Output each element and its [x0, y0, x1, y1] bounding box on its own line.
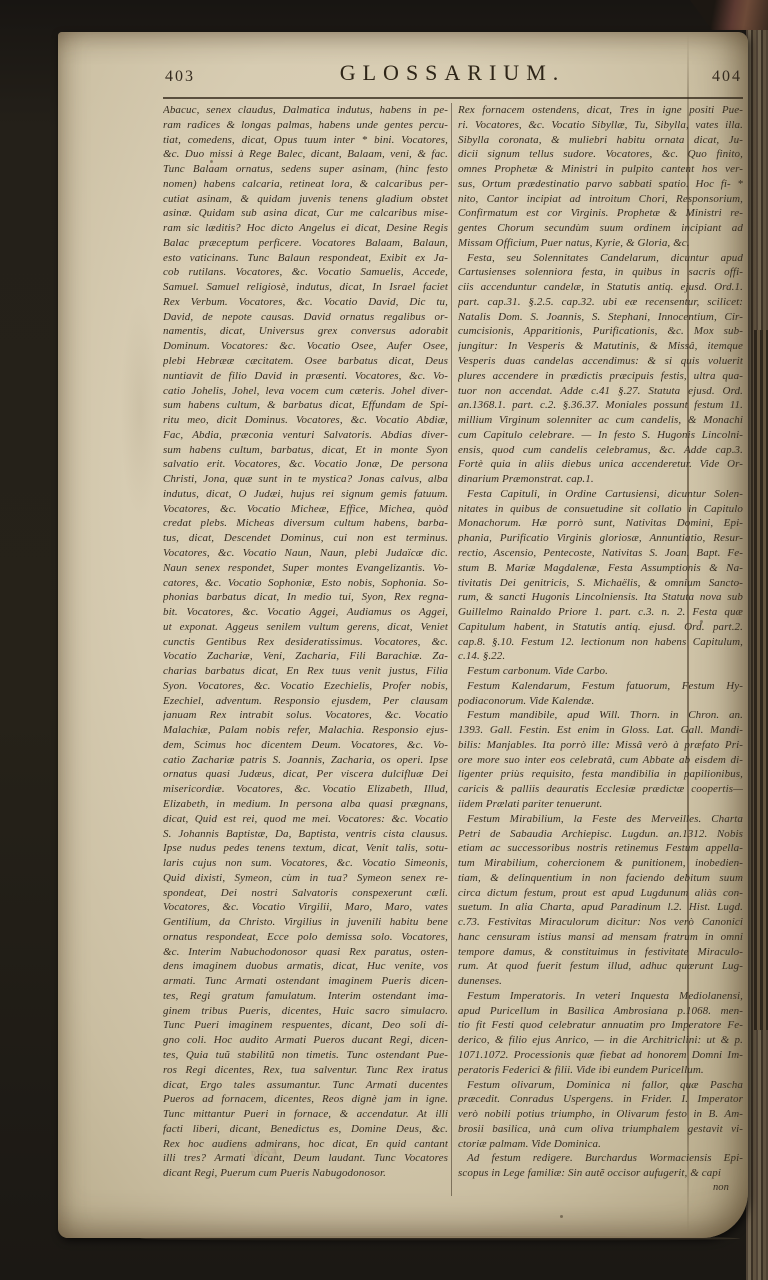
text-line: cum Capitulo celebrare. — In festo S. Hu… — [458, 428, 743, 443]
text-line: Quid dixisti, Symeon, cùm in tua? Symeon… — [163, 871, 448, 886]
running-title: GLOSSARIUM. — [163, 60, 742, 86]
text-line: tio fit Festi quod celebratur annuatim p… — [458, 1018, 743, 1033]
text-line: Cartusienses solenniora festa, in quibus… — [458, 265, 743, 280]
text-line: cob rutilans. Vocatores, &c. Vocatio Sam… — [163, 265, 448, 280]
text-line: scopus in Lege familiæ: Sin autẽ occisor… — [458, 1166, 743, 1181]
text-line: indutus, dicat, O Judæi, hujus rei signu… — [163, 487, 448, 502]
text-line: Sibylla coronata, & muliebri habitu orna… — [458, 133, 743, 148]
text-line: an.1368.1. part. c.2. §.36.37. Moniales … — [458, 398, 743, 413]
text-line: Vocatores, &c. Vocatio Micheæ, Effice, M… — [163, 502, 448, 517]
text-line: cap.8. §.10. Festum 12. lectionum non ha… — [458, 635, 743, 650]
paper-fleck — [560, 1215, 563, 1218]
text-line: tes, Regi gratum famulatum. Interim oste… — [163, 989, 448, 1004]
glossary-paragraph: Festa, seu Solennitates Candelarum, dicu… — [458, 251, 743, 487]
text-line: tivitatis Dei genitricis, S. Michaëlis, … — [458, 576, 743, 591]
text-line: cumcisionis, Apparitionis, Purificationi… — [458, 324, 743, 339]
text-line: Festum carbonum. Vide Carbo. — [458, 664, 743, 679]
text-line: ros Regi dicentes, Rex, tua salventur. T… — [163, 1063, 448, 1078]
text-line: armati. Tunc Armati ostendant imaginem P… — [163, 974, 448, 989]
text-line: bit. Vocatores, &c. Vocatio Aggei, Audia… — [163, 605, 448, 620]
text-line: Capitulum habent, in Statutis antiq. eju… — [458, 620, 743, 635]
page-number-right: 404 — [712, 68, 742, 86]
text-line: asinæ. Quidam sub asina dicat, Cur me ca… — [163, 206, 448, 221]
text-line: tiam, & delinquentium in non faciendo de… — [458, 871, 743, 886]
text-line: Christi, Jona, quæ sunt in te mystica? J… — [163, 472, 448, 487]
text-line: januam Rex intrabit solus. Vocatores, &c… — [163, 708, 448, 723]
text-line: tus, dicat, Descendet Dominus, cui non e… — [163, 531, 448, 546]
glossary-paragraph: Rex fornacem ostendens, dicat, Tres in i… — [458, 103, 743, 251]
page-bottom-edge — [140, 1236, 740, 1241]
text-line: millium Virginum solenniter ac cum cande… — [458, 413, 743, 428]
text-line: omnes Prophetæ & Ministri in pulpito can… — [458, 162, 743, 177]
text-line: part. cap.31. §.2.5. cap.32. ubi eæ rece… — [458, 295, 743, 310]
text-line: sum habens cultum, & barbatus dicat, Eff… — [163, 398, 448, 413]
text-line: plures accendere in prædictis præcipuis … — [458, 369, 743, 384]
text-line: Vesperis duas candelas accendimus: & si … — [458, 354, 743, 369]
text-line: Malachiæ, Palam nobis refer, Malachia. R… — [163, 723, 448, 738]
text-line: illi tres? Armati dicant, Deum laudant. … — [163, 1151, 448, 1166]
text-line: brosii basilica, unà cum oliva triumphal… — [458, 1122, 743, 1137]
text-line: ginem tribus Pueris, dicentes, Huic sacr… — [163, 1004, 448, 1019]
glossary-paragraph: Festum Kalendarum, Festum fatuorum, Fest… — [458, 679, 743, 709]
text-line: S. Johannis Baptistæ, Da, Baptista, vent… — [163, 827, 448, 842]
text-line: Petri de Sabaudia Archiepisc. Lugdun. an… — [458, 827, 743, 842]
text-line: dens imaginem duobus armatis, dicat, Huc… — [163, 959, 448, 974]
text-line: Fac, Abdia, præconia venturi Salvatoris.… — [163, 428, 448, 443]
text-line: David, de nepote causas. David ornatus r… — [163, 310, 448, 325]
text-line: gentes Chorum secundùm suum ordinem inci… — [458, 221, 743, 236]
text-line: Guillelmo Rainaldo Priore 1. part. c.3. … — [458, 605, 743, 620]
text-line: Ezechiel, adventum. Responsio ejusdem, P… — [163, 694, 448, 709]
text-line: Tunc Balaam ornatus, sedens super asinam… — [163, 162, 448, 177]
text-line: misericordiæ. Vocatores, &c. Vocatio Eli… — [163, 782, 448, 797]
text-line: dicii signum tellus sudore. Vocatores, &… — [458, 147, 743, 162]
text-line: gno coli. Hoc audito Armati Pueros ducan… — [163, 1033, 448, 1048]
text-line: Festum Imperatoris. In veteri Inquesta M… — [458, 989, 743, 1004]
text-column-left: Abacuc, senex claudus, Dalmatica indutus… — [163, 103, 448, 1196]
text-line: phania, Purificatio Virginis gloriosæ, A… — [458, 531, 743, 546]
text-line: Missam Officium, Puer natus, Kyrie, & Gl… — [458, 236, 743, 251]
text-line: Festa, seu Solennitates Candelarum, dicu… — [458, 251, 743, 266]
text-line: Elizabeth, in medium. In persona alba qu… — [163, 797, 448, 812]
text-line: Naun senex respondet, Super montes Evang… — [163, 561, 448, 576]
text-line: &c. Interim Nabuchodonosor quasi Rex par… — [163, 945, 448, 960]
text-line: Confirmatum est cor Virginis. Prophetæ &… — [458, 206, 743, 221]
text-line: Abacuc, senex claudus, Dalmatica indutus… — [163, 103, 448, 118]
glossary-paragraph: Festum carbonum. Vide Carbo. — [458, 664, 743, 679]
text-line: dicat, Quid est rei, quod me mei. Vocato… — [163, 812, 448, 827]
text-line: tum Mirabilium, cohercionem & punitionem… — [458, 856, 743, 871]
text-line: præcedit. Conradus Uspergens. in Frider.… — [458, 1092, 743, 1107]
text-line: circa dictum festum, prout est apud Lugd… — [458, 886, 743, 901]
text-line: facti liberi, dicant, Benedictus es, Dom… — [163, 1122, 448, 1137]
text-line: sum habens cultum, barbatus, dicat, Et i… — [163, 443, 448, 458]
text-line: Dominum. Vocatores: &c. Vocatio Osee, Au… — [163, 339, 448, 354]
text-line: salvatio erit. Vocatores, &c. Vocatio Jo… — [163, 457, 448, 472]
text-line: verò nobili potius triumpho, in Olivarum… — [458, 1107, 743, 1122]
text-line: Tunc Pueri imaginem respuentes, dicant, … — [163, 1018, 448, 1033]
text-line: rectio, Ascensio, Pentecoste, Nativitas … — [458, 546, 743, 561]
catchword: non — [458, 1181, 743, 1196]
text-line: podiaconorum. Vide Kalendæ. — [458, 694, 743, 709]
text-line: Pueros ad fornacem, dicentes, Reos dignè… — [163, 1092, 448, 1107]
text-line: ram radices & longas palmas, habens unde… — [163, 118, 448, 133]
text-line: peratoris Federici & filii. Vide ibi eun… — [458, 1063, 743, 1078]
text-line: charias barbatus dicat, En Rex tuus veni… — [163, 664, 448, 679]
text-line: dem, Scimus hoc dicentem Deum. Vocatores… — [163, 738, 448, 753]
text-line: Gentilium, da Christo. Virgilius in juve… — [163, 915, 448, 930]
text-line: Fortè quia in aliis diebus unica accende… — [458, 457, 743, 472]
text-line: cutiat asinam, & quidam juvenis tenens g… — [163, 192, 448, 207]
text-line: ut exponat. Aggeus senilem vultum gerens… — [163, 620, 448, 635]
text-line: nuntiavit de filio David in præsenti. Vo… — [163, 369, 448, 384]
book-fore-edge-inner — [754, 330, 768, 1030]
glossary-paragraph: Festum olivarum, Dominica ni fallor, quæ… — [458, 1078, 743, 1152]
text-line: Tunc mittantur Pueri in fornace, & accen… — [163, 1107, 448, 1122]
text-line: tiat, comedens, dicat, Opus tuum inter *… — [163, 133, 448, 148]
glossary-paragraph: Festum mandibile, apud Will. Thorn. in C… — [458, 708, 743, 811]
text-line: catio Johelis, Johel, leva vocem cum cæt… — [163, 384, 448, 399]
glossary-paragraph: Festum Mirabilium, la Feste des Merveill… — [458, 812, 743, 989]
text-line: phonias barbatus dicat, In medio tui, Sy… — [163, 590, 448, 605]
header-rule — [163, 97, 743, 99]
text-line: rum. At quod fuerit festum illud, adhuc … — [458, 959, 743, 974]
text-line: c.14. §.22. — [458, 649, 743, 664]
text-line: ornatus quasi Judæus, dicat, Per viscera… — [163, 767, 448, 782]
text-block: Abacuc, senex claudus, Dalmatica indutus… — [163, 103, 743, 1196]
glossary-paragraph: Festa Capituli, in Ordine Cartusiensi, d… — [458, 487, 743, 664]
text-line: ensis, quod cum candelis celebramus, &c.… — [458, 443, 743, 458]
text-line: laris cujus non sum. Vocatores, &c. Voca… — [163, 856, 448, 871]
text-line: rum, & sancti Hugonis Lincolniensis. Ita… — [458, 590, 743, 605]
text-line: suetum. In alia Charta, apud Paradinum l… — [458, 900, 743, 915]
text-line: ritu meo, dicit Dominus. Vocatores, &c. … — [163, 413, 448, 428]
text-line: catores, &c. Vocatio Sophoniæ, Esto nobi… — [163, 576, 448, 591]
text-line: ligenter priùs requisito, festa mandibil… — [458, 767, 743, 782]
text-line: dicat, Ergo tales assumantur. Tunc Armat… — [163, 1078, 448, 1093]
text-line: Festum Kalendarum, Festum fatuorum, Fest… — [458, 679, 743, 694]
text-line: Monachorum. Hæ porrò sunt, Nativitas Dom… — [458, 516, 743, 531]
text-line: Rex fornacem ostendens, dicat, Tres in i… — [458, 103, 743, 118]
text-line: Ad festum redigere. Burchardus Wormacien… — [458, 1151, 743, 1166]
text-line: ctoriæ palmam. Vide Dominica. — [458, 1137, 743, 1152]
text-line: ornatus respondeat, Ecce polo demissa so… — [163, 930, 448, 945]
text-line: Balac præceptum perficere. Vocatores Bal… — [163, 236, 448, 251]
text-line: cunctis Gentibus Rex desideratissimus. V… — [163, 635, 448, 650]
text-line: catio Zachariæ patris S. Joannis, Zachar… — [163, 753, 448, 768]
text-line: Vocatio Zachariæ, Veni, Zacharia, Fili B… — [163, 649, 448, 664]
page-header: 403 GLOSSARIUM. 404 — [163, 60, 742, 98]
text-line: nitates in quibus de consuetudine sit co… — [458, 502, 743, 517]
text-line: hanc censuram istius mansi ad mensam fra… — [458, 930, 743, 945]
text-line: Natalis Dom. S. Joannis, S. Stephani, In… — [458, 310, 743, 325]
text-line: Ipse nudus pedes tenens textum, dicat, V… — [163, 841, 448, 856]
text-line: derico, & filio ejus Anrico, — in die Ar… — [458, 1033, 743, 1048]
text-line: 1071.1072. Processionis quæ fiebat ad ho… — [458, 1048, 743, 1063]
text-line: plebi Hebrææ cæcitatem. Osee barbatus di… — [163, 354, 448, 369]
text-line: nito, Cantor incipiat ad introitum Chori… — [458, 192, 743, 207]
text-line: sus, Ortum prædestinatio parvo sabbati s… — [458, 177, 743, 192]
text-line: c.73. Festivitas Miraculorum dicitur: No… — [458, 915, 743, 930]
text-line: dunenses. — [458, 974, 743, 989]
bleedthrough-text: Festa — [250, 1148, 277, 1159]
text-line: Festum Mirabilium, la Feste des Merveill… — [458, 812, 743, 827]
glossary-paragraph: Ad festum redigere. Burchardus Wormacien… — [458, 1151, 743, 1181]
text-line: ram sic læditis? Hoc dicto Angelus ei di… — [163, 221, 448, 236]
text-line: Samuel. Samuel religiosè, indutus, dicat… — [163, 280, 448, 295]
text-line: Festa Capituli, in Ordine Cartusiensi, d… — [458, 487, 743, 502]
text-line: tuor non accendat. Adde c.41 §.27. Statu… — [458, 384, 743, 399]
text-line: etiam ac successoribus nostris retinemus… — [458, 841, 743, 856]
text-line: caricis & palliis deauratis Ecclesiæ præ… — [458, 782, 743, 797]
text-line: Rex hoc audiens admirans, hoc dicat, En … — [163, 1137, 448, 1152]
text-line: Rex Verbum. Vocatores, &c. Vocatio David… — [163, 295, 448, 310]
text-line: dicant Regi, Puerum cum Pueris Nabugodon… — [163, 1166, 448, 1181]
glossary-paragraph: Abacuc, senex claudus, Dalmatica indutus… — [163, 103, 448, 1181]
text-column-right: Rex fornacem ostendens, dicat, Tres in i… — [451, 103, 743, 1196]
text-line: spondeat, Dei nostri Salvatoris conspexe… — [163, 886, 448, 901]
text-line: tempore damus, & constituimus in festivi… — [458, 945, 743, 960]
text-line: esto vaticinans. Tunc Balaun respondeat,… — [163, 251, 448, 266]
text-line: iidem Prælati pariter tenuerunt. — [458, 797, 743, 812]
text-line: &c. Duo missi à Rege Balec, dicant, Bala… — [163, 147, 448, 162]
text-line: stum B. Mariæ Magdalenæ, Festa Assumptio… — [458, 561, 743, 576]
text-line: Festum mandibile, apud Will. Thorn. in C… — [458, 708, 743, 723]
text-line: Vocatores, &c. Vocatio Naun, Naun, plebi… — [163, 546, 448, 561]
text-line: bilis: Manjables. Ita porrò ille: Missâ … — [458, 738, 743, 753]
text-line: dinarium Præmonstrat. cap.1. — [458, 472, 743, 487]
text-line: apud Puricellum in Basilica Ambrosiana p… — [458, 1004, 743, 1019]
text-line: credat plebs. Micheas diversum cultum ha… — [163, 516, 448, 531]
text-line: nomen) habens calcaria, retineat lora, &… — [163, 177, 448, 192]
text-line: Festum olivarum, Dominica ni fallor, quæ… — [458, 1078, 743, 1093]
text-line: jungitur: In Vesperis & Matutinis, & Mis… — [458, 339, 743, 354]
glossary-paragraph: Festum Imperatoris. In veteri Inquesta M… — [458, 989, 743, 1078]
text-line: ri. Vocatores, &c. Vocatio Sibyllæ, Tu, … — [458, 118, 743, 133]
text-line: namentis, dicat, Universus grex conversu… — [163, 324, 448, 339]
text-line: ciis accenduntur candelæ, in Statutis an… — [458, 280, 743, 295]
text-line: tes, Quia tuũ stabilitũ non timetis. Tun… — [163, 1048, 448, 1063]
text-line: Vocatores, &c. Vocatio Virgilii, Maro, M… — [163, 900, 448, 915]
text-line: 1393. Gall. Festin. Est enim in Gloss. L… — [458, 723, 743, 738]
text-line: Syon. Vocatores, &c. Vocatio Ezechielis,… — [163, 679, 448, 694]
text-line: ore more suo inter eos celebratâ, cum Ab… — [458, 753, 743, 768]
